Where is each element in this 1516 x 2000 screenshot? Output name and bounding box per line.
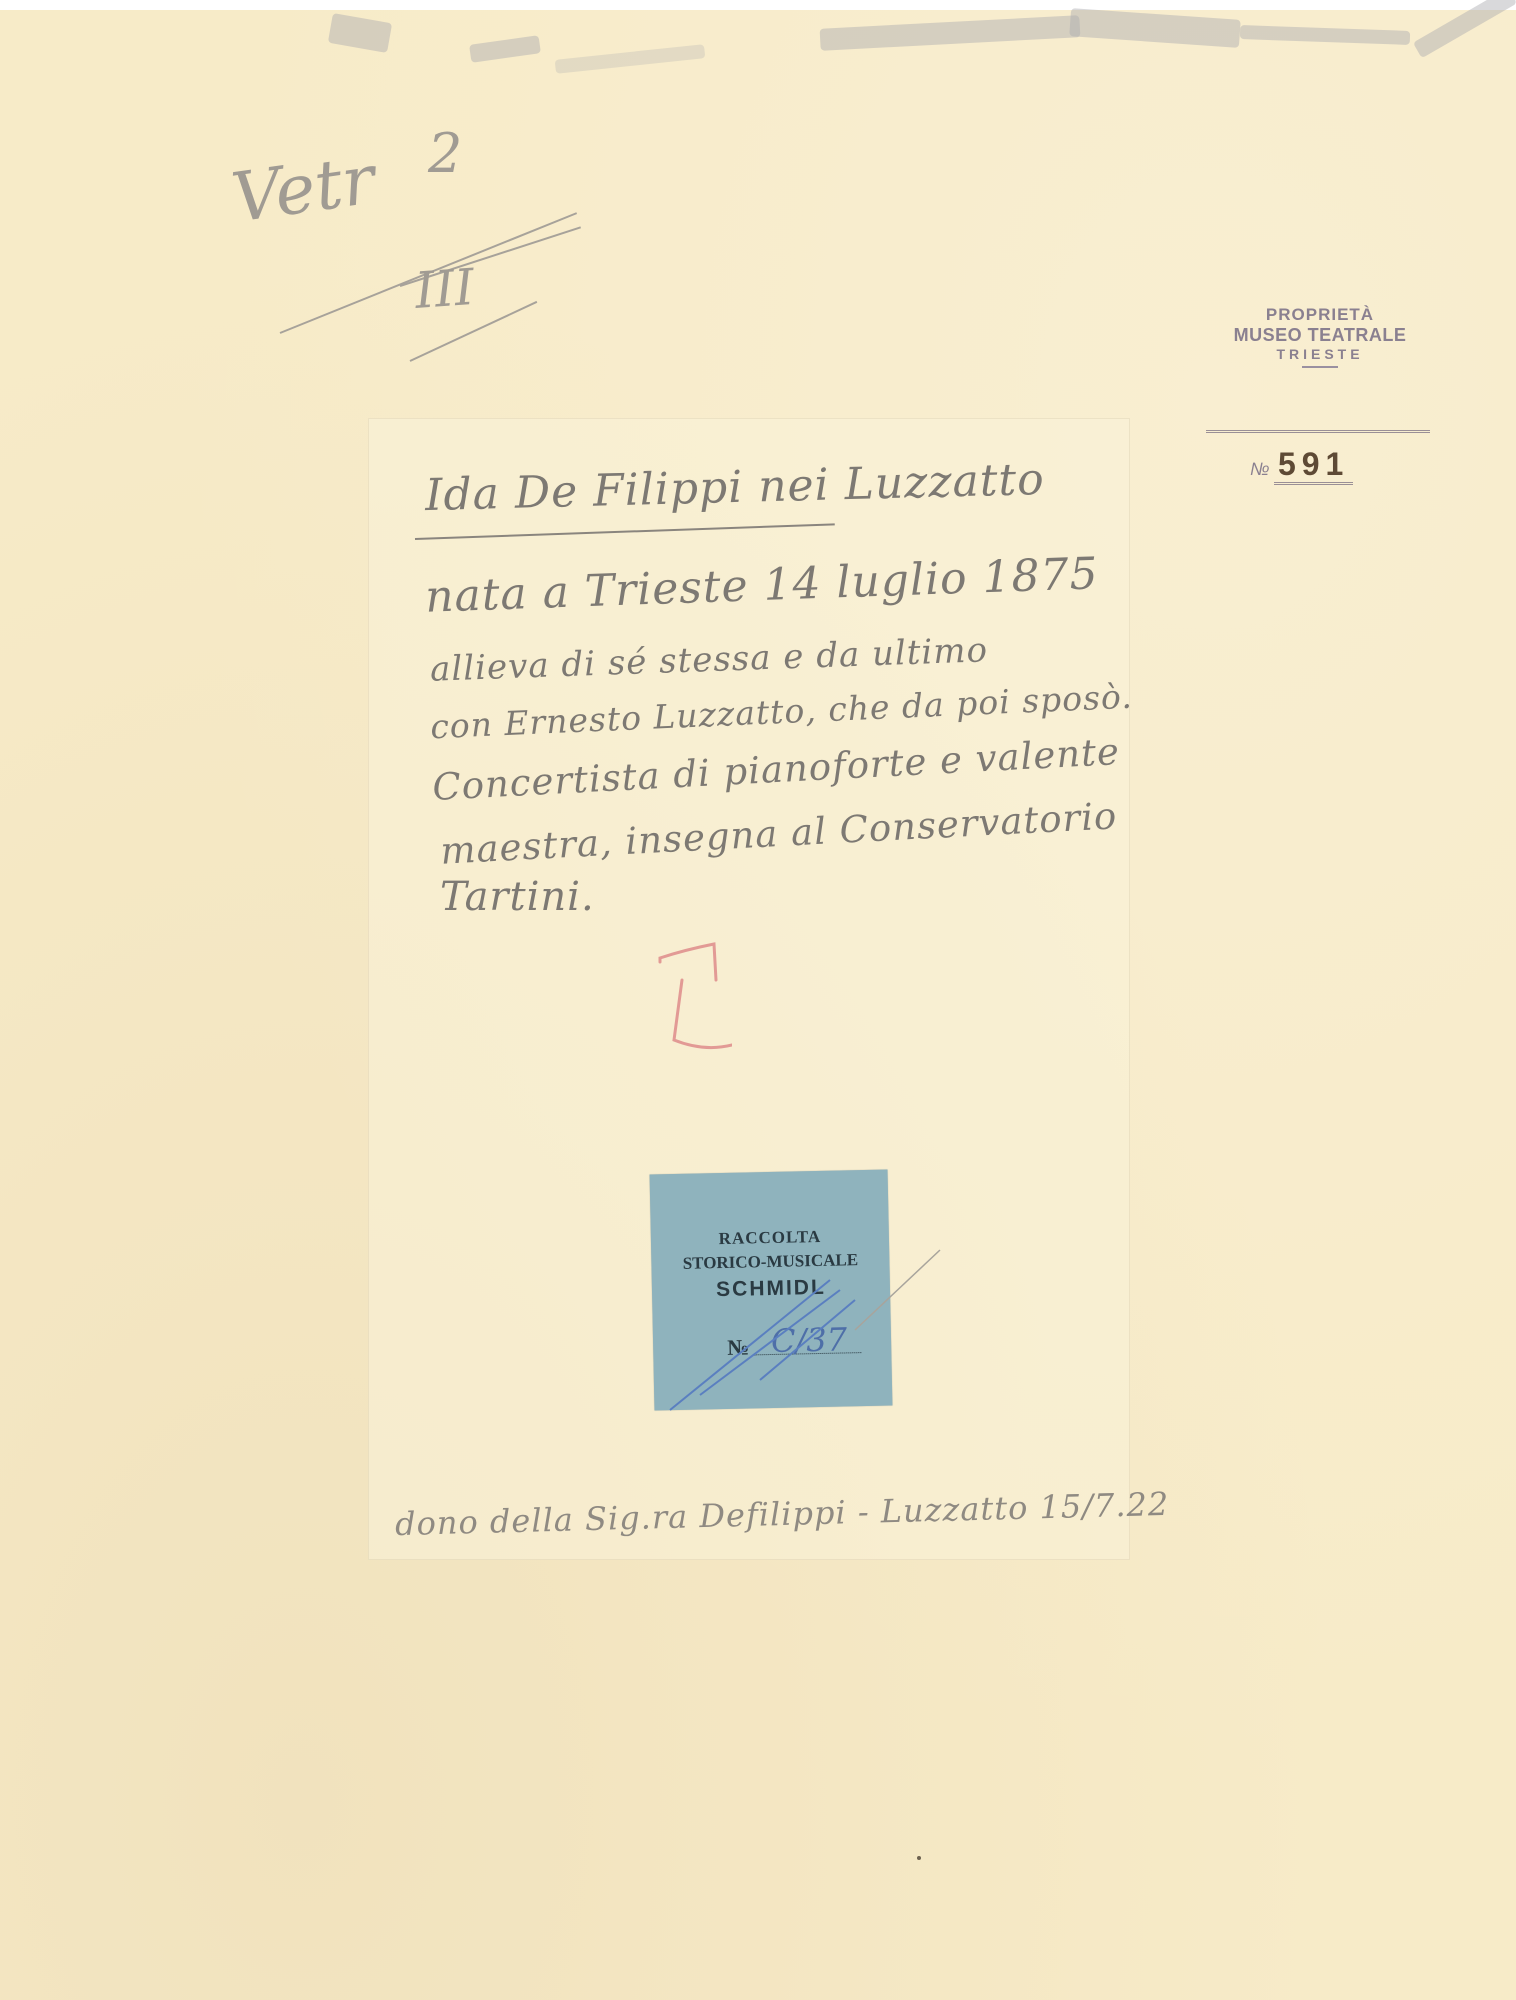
shelf-mark-number: 2 — [428, 122, 462, 185]
label-numero-symbol: № — [727, 1334, 750, 1360]
label-line-2: STORICO-MUSICALE — [651, 1250, 889, 1275]
scan-border — [0, 0, 1516, 10]
numero-symbol: № — [1250, 459, 1270, 479]
stamp-line-3: TRIESTE — [1200, 346, 1440, 362]
tape-remnant — [820, 15, 1081, 51]
tape-remnant — [1240, 25, 1410, 45]
stamp-line-2: MUSEO TEATRALE — [1200, 325, 1440, 346]
label-line-1: RACCOLTA — [651, 1226, 889, 1251]
inventory-number-value: 591 — [1274, 446, 1353, 485]
shelf-mark-roman: III — [413, 258, 476, 320]
tape-remnant — [328, 13, 392, 53]
stamp-rule — [1206, 430, 1430, 433]
inventory-number: № 591 — [1250, 446, 1353, 483]
stamp-line-1: PROPRIETÀ — [1200, 305, 1440, 325]
note-line-6: Tartini. — [440, 874, 595, 920]
tape-remnant — [469, 35, 541, 63]
label-number-handwritten: C/37 — [771, 1320, 848, 1360]
shelf-mark-word: Vetr — [227, 140, 380, 238]
archival-document-page: Vetr 2 III PROPRIETÀ MUSEO TEATRALE TRIE… — [0, 0, 1516, 2000]
tape-remnant — [1069, 8, 1241, 48]
label-line-3: SCHMIDL — [652, 1275, 890, 1304]
collection-label: RACCOLTA STORICO-MUSICALE SCHMIDL № C/37 — [650, 1170, 893, 1411]
paper-speck — [917, 1856, 921, 1860]
stamp-dash — [1302, 366, 1338, 368]
ownership-stamp: PROPRIETÀ MUSEO TEATRALE TRIESTE — [1200, 305, 1440, 368]
red-pencil-mark-icon — [654, 940, 732, 1060]
tape-remnant — [555, 44, 706, 74]
